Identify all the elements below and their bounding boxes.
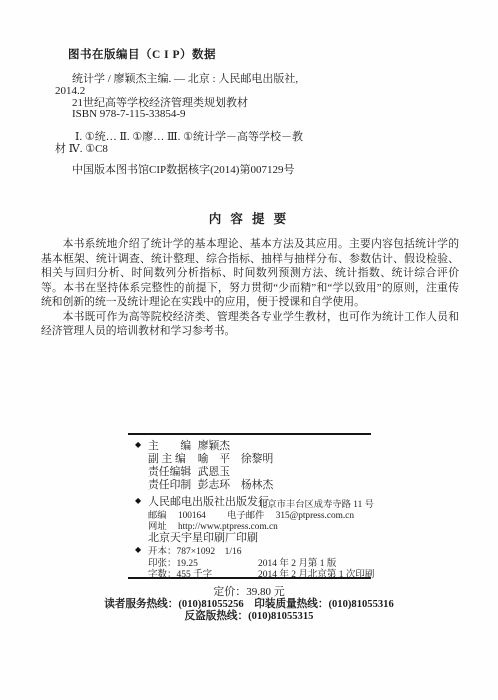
abstract-paragraph-1: 本书系统地介绍了统计学的基本理论、基本方法及其应用。主要内容包括统计学的基本框架…: [41, 237, 459, 310]
antipiracy-hotline-line: 反盗版热线：(010)81055315: [0, 608, 498, 623]
cip-class-line1: Ⅰ. ①统… Ⅱ. ①廖… Ⅲ. ①统计学－高等学校－教: [55, 131, 465, 143]
cip-title-line: 统计学 / 廖颖杰主编. — 北京 : 人民邮电出版社,: [55, 74, 465, 86]
copyright-page: 图书在版编目（C I P）数据 统计学 / 廖颖杰主编. — 北京 : 人民邮电…: [0, 0, 498, 700]
staff-row-print-supervisor: 责任印制 彭志环 杨林杰: [148, 477, 273, 492]
cip-record-number: 中国版本图书馆CIP数据核字(2014)第007129号: [72, 161, 294, 177]
diamond-bullet-icon: ◆: [135, 440, 141, 449]
diamond-bullet-icon: ◆: [135, 545, 141, 554]
abstract-body: 本书系统地介绍了统计学的基本理论、基本方法及其应用。主要内容包括统计学的基本框架…: [41, 237, 459, 339]
colophon-bottom-rule: [128, 577, 371, 579]
cip-class-line2: 材 Ⅳ. ①C8: [55, 143, 465, 155]
cip-header: 图书在版编目（C I P）数据: [68, 46, 216, 62]
colophon-top-rule: [128, 433, 371, 435]
abstract-paragraph-2: 本书既可作为高等院校经济类、管理类各专业学生教材，也可作为统计工作人员和经济管理…: [41, 310, 459, 339]
diamond-bullet-icon: ◆: [135, 496, 141, 505]
cip-classification: Ⅰ. ①统… Ⅱ. ①廖… Ⅲ. ①统计学－高等学校－教 材 Ⅳ. ①C8: [55, 131, 465, 155]
cip-title-wrap: 2014.2: [55, 86, 465, 98]
cip-isbn: ISBN 978-7-115-33854-9: [55, 109, 465, 121]
abstract-heading: 内 容 提 要: [0, 209, 498, 227]
staff-value: 彭志环 杨林杰: [198, 479, 274, 491]
email-value: 315@ptpress.com.cn: [276, 511, 354, 521]
staff-label: 责任印制: [148, 477, 195, 492]
cip-entry: 统计学 / 廖颖杰主编. — 北京 : 人民邮电出版社, 2014.2 21世纪…: [55, 74, 465, 121]
